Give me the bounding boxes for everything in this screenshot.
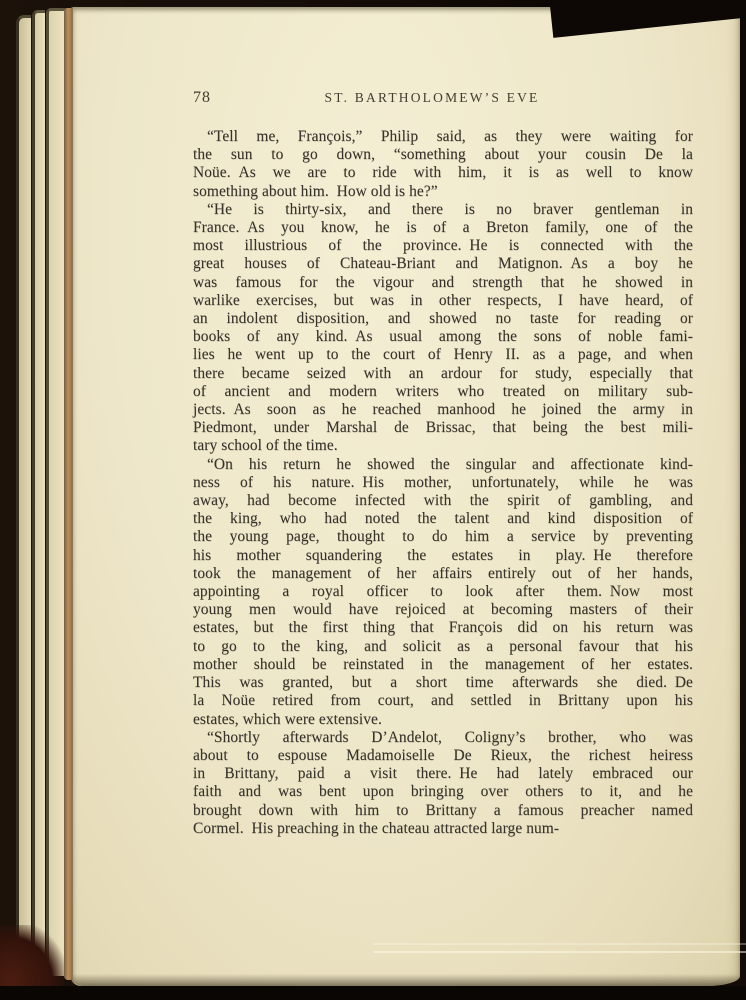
text-line: ness of his nature. His mother, unfortun… [193, 474, 693, 492]
text-line: “Tell me, François,” Philip said, as the… [193, 128, 693, 146]
text-line: appointing a royal officer to look after… [193, 583, 693, 601]
text-line: brought down with him to Brittany a famo… [193, 802, 693, 820]
text-line: Noüe. As we are to ride with him, it is … [193, 164, 693, 182]
text-line: Cormel. His preaching in the chateau att… [193, 820, 693, 838]
text-line: lies he went up to the court of Henry II… [193, 346, 693, 364]
text-line: there became seized with an ardour for s… [193, 365, 693, 383]
text-line: mother should be reinstated in the manag… [193, 656, 693, 674]
page-crease [373, 951, 746, 953]
text-line: “On his return he showed the singular an… [193, 456, 693, 474]
page-edge-stack-1 [16, 15, 31, 963]
text-line: an indolent disposition, and showed no t… [193, 310, 693, 328]
paragraph: “On his return he showed the singular an… [193, 456, 693, 729]
text-line: something about him. How old is he?” [193, 183, 693, 201]
paragraph: “Tell me, François,” Philip said, as the… [193, 128, 693, 201]
text-line: France. As you know, he is of a Breton f… [193, 219, 693, 237]
text-line: the sun to go down, “something about you… [193, 146, 693, 164]
text-line: estates, but the first thing that Franço… [193, 619, 693, 637]
text-line: books of any kind. As usual among the so… [193, 328, 693, 346]
running-header-title: ST. BARTHOLOMEW’S EVE [171, 90, 693, 106]
text-line: “Shortly afterwards D’Andelot, Coligny’s… [193, 729, 693, 747]
text-line: la Noüe retired from court, and settled … [193, 692, 693, 710]
page-edge-accent [64, 8, 71, 980]
running-head: 78 ST. BARTHOLOMEW’S EVE [193, 87, 693, 109]
text-line: the king, who had noted the talent and k… [193, 510, 693, 528]
text-line: jects. As soon as he reached manhood he … [193, 401, 693, 419]
text-line: to go to the king, and solicit as a pers… [193, 638, 693, 656]
paragraph: “Shortly afterwards D’Andelot, Coligny’s… [193, 729, 693, 838]
book-photo: 78 ST. BARTHOLOMEW’S EVE “Tell me, Franç… [0, 0, 746, 1000]
text-line: This was granted, but a short time after… [193, 674, 693, 692]
text-line: warlike exercises, but was in other resp… [193, 292, 693, 310]
text-line: great houses of Chateau-Briant and Matig… [193, 255, 693, 273]
page-edge-stack-3 [46, 8, 65, 976]
paragraph: “He is thirty-six, and there is no brave… [193, 201, 693, 456]
text-line: was famous for the vigour and strength t… [193, 274, 693, 292]
text-line: tary school of the time. [193, 437, 693, 455]
text-line: took the management of her affairs entir… [193, 565, 693, 583]
text-line: faith and was bent upon bringing over ot… [193, 783, 693, 801]
text-line: young men would have rejoiced at becomin… [193, 601, 693, 619]
text-line: his mother squandering the estates in pl… [193, 547, 693, 565]
text-line: Piedmont, under Marshal de Brissac, that… [193, 419, 693, 437]
text-line: about to espouse Madamoiselle De Rieux, … [193, 747, 693, 765]
text-line: most illustrious of the province. He is … [193, 237, 693, 255]
photo-bottom-edge [0, 986, 746, 1000]
text-line: “He is thirty-six, and there is no brave… [193, 201, 693, 219]
page-text: “Tell me, François,” Philip said, as the… [193, 128, 693, 838]
book-page: 78 ST. BARTHOLOMEW’S EVE “Tell me, Franç… [71, 7, 740, 986]
page-edge-stack-2 [32, 10, 45, 970]
photo-corner-notch [638, 0, 698, 16]
text-line: in Brittany, paid a visit there. He had … [193, 765, 693, 783]
text-line: the young page, thought to do him a serv… [193, 528, 693, 546]
text-line: estates, which were extensive. [193, 711, 693, 729]
text-line: away, had become infected with the spiri… [193, 492, 693, 510]
text-line: of ancient and modern writers who treate… [193, 383, 693, 401]
